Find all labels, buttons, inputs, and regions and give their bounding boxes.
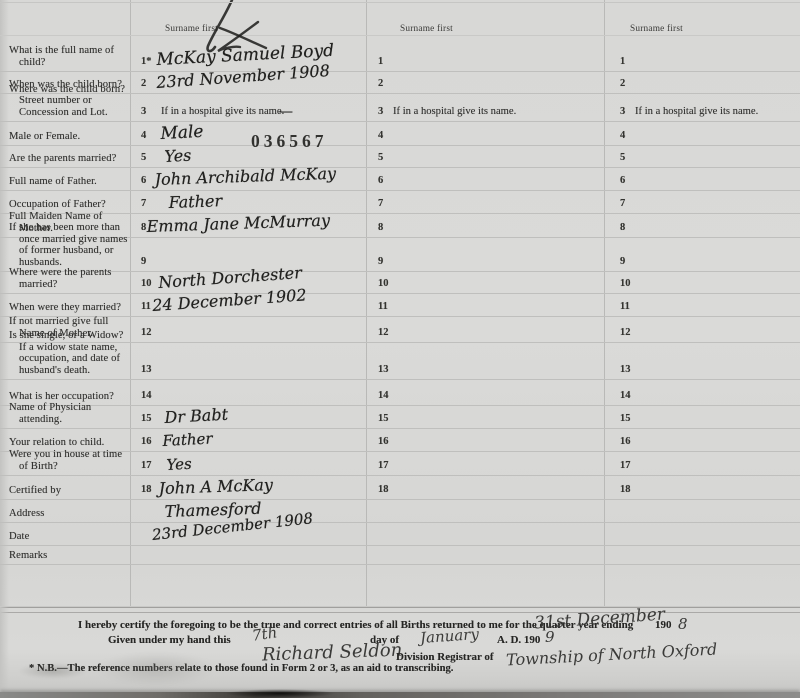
form-row: What is the full name of child?1*McKay S… [0, 36, 800, 72]
form-row: AddressThamesford [0, 500, 800, 523]
handwritten-entry: John A McKay [158, 475, 273, 498]
form-row: When were they married?1124 December 190… [0, 294, 800, 317]
form-row: Are the parents married?5Yes55 [0, 146, 800, 168]
entry-column-1-cell: 12 [131, 317, 367, 342]
ad-year-digit-handwritten: 9 [545, 628, 555, 646]
row-number: 3 [141, 106, 146, 117]
form-row: Is she single, or a Widow? If a widow st… [0, 343, 800, 380]
column-header-surname-first: Surname first [630, 24, 683, 34]
row-number: 2 [620, 78, 625, 89]
entry-column-2-cell: 2 [367, 72, 605, 93]
entry-column-3-cell [605, 546, 800, 564]
row-number: 6 [620, 175, 625, 186]
row-number: 4 [620, 130, 625, 141]
entry-column-2-cell [367, 546, 605, 564]
hospital-note: If in a hospital give its name. [635, 106, 758, 117]
row-number: 7 [620, 198, 625, 209]
question-label-cell [0, 0, 131, 35]
row-label: Where were the parents married? [9, 267, 133, 290]
question-label-cell: Date [0, 523, 131, 545]
row-number: 2 [141, 78, 146, 89]
row-number: 5 [378, 152, 383, 163]
scan-edge-shadow [225, 689, 335, 698]
entry-column-1-cell: 23rd December 1908 [131, 523, 367, 545]
question-label-cell: Certified by [0, 476, 131, 499]
row-number: 4 [141, 130, 146, 141]
entry-column-2-cell: 16 [367, 429, 605, 451]
row-number: 1* [141, 56, 152, 67]
division-registrar-label: Division Registrar of [396, 651, 494, 663]
entry-column-2-cell: 7 [367, 191, 605, 213]
form-row: Where were the parents married?10North D… [0, 272, 800, 294]
column-header-surname-first: Surname first [165, 24, 218, 34]
entry-column-1-cell [131, 565, 367, 606]
entry-column-2-cell: 10 [367, 272, 605, 293]
row-number: 12 [620, 327, 631, 338]
row-number: 11 [141, 301, 151, 312]
entry-column-2-cell: 8 [367, 214, 605, 237]
question-label-cell: What is the full name of child? [0, 36, 131, 71]
form-row: Date23rd December 1908 [0, 523, 800, 546]
row-number: 9 [620, 256, 625, 267]
row-label: Name of Physician attending. [9, 402, 133, 425]
entry-column-3-cell: 2 [605, 72, 800, 93]
entry-column-3-cell [605, 500, 800, 522]
row-number: 6 [378, 175, 383, 186]
entry-column-3-cell [605, 565, 800, 606]
entry-column-3-cell: 1 [605, 36, 800, 71]
row-number: 13 [620, 364, 631, 375]
entry-column-2-cell: 12 [367, 317, 605, 342]
row-number: 18 [620, 484, 631, 495]
question-label-cell: Male or Female. [0, 122, 131, 145]
row-number: 14 [378, 390, 389, 401]
scan-smudge [96, 652, 216, 686]
row-label: Are the parents married? [9, 153, 133, 165]
row-label: Your relation to child. [9, 437, 133, 449]
question-label-cell: Full name of Father. [0, 168, 131, 190]
entry-column-1-cell: 13 [131, 343, 367, 379]
row-label: Certified by [9, 485, 133, 497]
certify-year-printed: 190 [655, 619, 672, 631]
entry-column-1-cell: 3If in a hospital give its name.— [131, 94, 367, 121]
entry-column-2-cell: 15 [367, 406, 605, 428]
row-number: 7 [378, 198, 383, 209]
row-label: Is she single, or a Widow? If a widow st… [9, 330, 133, 376]
question-label-cell: Were you in house at time of Birth? [0, 452, 131, 475]
row-number: 2 [378, 78, 383, 89]
row-number: 10 [378, 278, 389, 289]
nb-footnote: * N.B.—The reference numbers relate to t… [29, 663, 453, 674]
question-label-cell: Where were the parents married? [0, 272, 131, 293]
question-label-cell: Name of Physician attending. [0, 406, 131, 428]
question-label-cell: When were they married? [0, 294, 131, 316]
scan-bottom-edge [0, 692, 800, 698]
entry-column-3-cell: 16 [605, 429, 800, 451]
handwritten-entry: John Archibald McKay [154, 164, 336, 189]
row-number: 1 [620, 56, 625, 67]
entry-column-3-cell: 14 [605, 380, 800, 405]
row-number: 11 [620, 301, 630, 312]
entry-column-3-cell [605, 523, 800, 545]
handwritten-entry: Male [160, 122, 204, 144]
row-label: Full name of Father. [9, 176, 133, 188]
registration-number-stamp: 036567 [251, 131, 328, 152]
entry-column-1-cell: 223rd November 1908 [131, 72, 367, 93]
form-row: Certified by18John A McKay1818 [0, 476, 800, 500]
row-number: 13 [378, 364, 389, 375]
form-row: Name of Physician attending.15Dr Babt151… [0, 406, 800, 429]
row-number: 14 [620, 390, 631, 401]
row-number: 13 [141, 364, 152, 375]
question-label-cell: Is she single, or a Widow? If a widow st… [0, 343, 131, 379]
entry-column-1-cell [131, 546, 367, 564]
question-label-cell: Where was the child born? Street number … [0, 94, 131, 121]
scan-smudge [18, 663, 88, 679]
entry-column-3-cell: 12 [605, 317, 800, 342]
row-number: 16 [141, 436, 152, 447]
question-label-cell: Occupation of Father? [0, 191, 131, 213]
row-number: 5 [620, 152, 625, 163]
handwritten-entry: Dr Babt [164, 405, 228, 427]
row-number: 18 [141, 484, 152, 495]
row-number: 9 [378, 256, 383, 267]
row-number: 10 [141, 278, 152, 289]
entry-column-2-cell: 18 [367, 476, 605, 499]
handwritten-entry: Father [168, 191, 222, 212]
row-number: 15 [141, 413, 152, 424]
entry-column-3-cell: 17 [605, 452, 800, 475]
entry-column-1-cell: 15Dr Babt [131, 406, 367, 428]
entry-column-3-cell: 3If in a hospital give its name. [605, 94, 800, 121]
row-number: 3 [378, 106, 383, 117]
row-number: 15 [620, 413, 631, 424]
entry-column-2-cell: Surname first [367, 0, 605, 35]
entry-column-1-cell: 17Yes [131, 452, 367, 475]
row-label: Where was the child born? Street number … [9, 84, 133, 119]
birth-register-scan: Surname firstSurname firstSurname firstW… [0, 0, 800, 698]
entry-column-2-cell: 9 [367, 238, 605, 271]
column-header-surname-first: Surname first [400, 24, 453, 34]
row-number: 17 [378, 460, 389, 471]
entry-column-3-cell: 5 [605, 146, 800, 167]
handwritten-entry: — [279, 104, 293, 120]
entry-column-2-cell: 13 [367, 343, 605, 379]
entry-column-3-cell: 13 [605, 343, 800, 379]
row-number: 16 [620, 436, 631, 447]
handwritten-entry: Yes [164, 146, 192, 166]
form-header-row: Surname firstSurname firstSurname first [0, 0, 800, 36]
row-number: 1 [378, 56, 383, 67]
row-number: 7 [141, 198, 146, 209]
entry-column-3-cell: 10 [605, 272, 800, 293]
row-number: 11 [378, 301, 388, 312]
entry-column-1-cell: 18John A McKay [131, 476, 367, 499]
entry-column-3-cell: 18 [605, 476, 800, 499]
row-number: 12 [141, 327, 152, 338]
row-label: What is her occupation? [9, 391, 133, 403]
entry-column-3-cell: Surname first [605, 0, 800, 35]
entry-column-1-cell: 16Father [131, 429, 367, 451]
row-number: 8 [620, 222, 625, 233]
row-label: Address [9, 508, 133, 520]
row-number: 8 [141, 222, 146, 233]
form-row: Remarks [0, 546, 800, 565]
handwritten-entry: Yes [166, 455, 192, 474]
entry-column-2-cell [367, 500, 605, 522]
row-number: 12 [378, 327, 389, 338]
row-label: When were they married? [9, 302, 133, 314]
entry-column-2-cell [367, 523, 605, 545]
entry-column-2-cell: 11 [367, 294, 605, 316]
entry-column-2-cell [367, 565, 605, 606]
row-number: 5 [141, 152, 146, 163]
entry-column-2-cell: 5 [367, 146, 605, 167]
entry-column-3-cell: 6 [605, 168, 800, 190]
row-number: 6 [141, 175, 146, 186]
entry-column-3-cell: 15 [605, 406, 800, 428]
entry-column-2-cell: 4 [367, 122, 605, 145]
row-label: What is the full name of child? [9, 45, 133, 68]
entry-column-3-cell: 7 [605, 191, 800, 213]
row-label: Remarks [9, 550, 133, 562]
question-label-cell: Your relation to child. [0, 429, 131, 451]
entry-column-2-cell: 6 [367, 168, 605, 190]
entry-column-2-cell: 17 [367, 452, 605, 475]
row-label: Occupation of Father? [9, 199, 133, 211]
hospital-note: If in a hospital give its name. [393, 106, 516, 117]
certify-year-digit-handwritten: 8 [678, 615, 688, 633]
row-number: 17 [620, 460, 631, 471]
row-number: 15 [378, 413, 389, 424]
entry-column-1-cell: 7Father [131, 191, 367, 213]
question-label-cell: Are the parents married? [0, 146, 131, 167]
given-day-handwritten: 7th [251, 623, 278, 644]
given-under-hand-label: Given under my hand this [108, 634, 231, 646]
row-number: 10 [620, 278, 631, 289]
question-label-cell [0, 565, 131, 606]
handwritten-entry: Emma Jane McMurray [146, 211, 330, 236]
entry-column-3-cell: 9 [605, 238, 800, 271]
form-row: Full name of Father.6John Archibald McKa… [0, 168, 800, 191]
entry-column-1-cell: 8Emma Jane McMurray [131, 214, 367, 237]
entry-column-3-cell: 11 [605, 294, 800, 316]
form-spacer-row [0, 565, 800, 607]
entry-column-1-cell: 1124 December 1902 [131, 294, 367, 316]
entry-column-1-cell: 4Male [131, 122, 367, 145]
entry-column-2-cell: 1 [367, 36, 605, 71]
hospital-note: If in a hospital give its name. [161, 106, 284, 117]
entry-column-2-cell: 14 [367, 380, 605, 405]
entry-column-2-cell: 3If in a hospital give its name. [367, 94, 605, 121]
row-number: 8 [378, 222, 383, 233]
entry-column-3-cell: 4 [605, 122, 800, 145]
row-number: 16 [378, 436, 389, 447]
registrar-signature: Richard Seldon [262, 640, 403, 666]
row-number: 14 [141, 390, 152, 401]
entry-column-1-cell: 14 [131, 380, 367, 405]
question-label-cell: Remarks [0, 546, 131, 564]
entry-column-1-cell: Surname first [131, 0, 367, 35]
ad-year-label: A. D. 190 [497, 634, 540, 646]
form-row: Were you in house at time of Birth?17Yes… [0, 452, 800, 476]
row-number: 17 [141, 460, 152, 471]
row-label: Date [9, 531, 133, 543]
form-table: Surname firstSurname firstSurname firstW… [0, 0, 800, 607]
row-label: Were you in house at time of Birth? [9, 449, 133, 472]
row-label: If she has been more than once married g… [9, 222, 133, 268]
form-row: Where was the child born? Street number … [0, 94, 800, 122]
row-number: 3 [620, 106, 625, 117]
given-month-handwritten: January [419, 625, 479, 647]
form-row: Male or Female.4Male44 [0, 122, 800, 146]
question-label-cell: Address [0, 500, 131, 522]
handwritten-entry: Father [162, 429, 213, 450]
row-label: Male or Female. [9, 131, 133, 143]
row-number: 18 [378, 484, 389, 495]
entry-column-1-cell: 6John Archibald McKay [131, 168, 367, 190]
row-number: 9 [141, 256, 146, 267]
row-number: 4 [378, 130, 383, 141]
entry-column-3-cell: 8 [605, 214, 800, 237]
